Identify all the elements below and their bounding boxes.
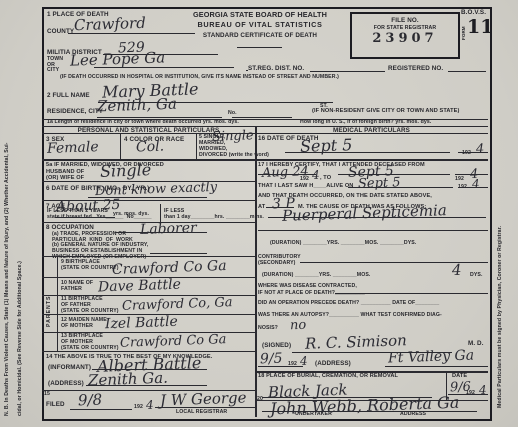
- rule-line: [246, 70, 248, 71]
- rule-line: [268, 217, 486, 218]
- sign-date-handwritten: 9/5: [260, 352, 283, 367]
- father-birthplace-label: 11 BIRTHPLACE OF FATHER (STATE OR COUNTR…: [61, 297, 119, 315]
- rule-line: [292, 352, 452, 353]
- margin-note-left-inner: cidal, or Homicidal. (See Reverse Side f…: [17, 106, 23, 416]
- occupation-b-label: (b) GENERAL NATURE OF INDUSTRY, BUSINESS…: [52, 242, 148, 261]
- rule-line: [42, 126, 488, 127]
- less-than-day-note: IF LESS than 1 day________hrs. ________m…: [164, 208, 264, 220]
- local-registrar-label: LOCAL REGISTRAR: [176, 409, 227, 415]
- rule-line: [42, 133, 255, 134]
- rule-line: [300, 262, 488, 263]
- board-title: GEORGIA STATE BOARD OF HEALTH: [170, 11, 350, 20]
- operation-label: DID AN OPERATION PRECEDE DEATH? ________…: [258, 300, 439, 306]
- spouse-value-handwritten: Single: [100, 162, 152, 180]
- rule-line: [446, 371, 447, 400]
- race-value-handwritten: Col.: [136, 140, 165, 155]
- streg-dist-no-label: ST.REG. DIST. NO.: [248, 65, 304, 73]
- filed-year-handwritten: 4: [146, 399, 154, 411]
- marital-value-handwritten: Single: [212, 129, 254, 143]
- residence-label: RESIDENCE, CITY: [47, 108, 103, 116]
- rule-line: [42, 200, 255, 201]
- rule-line: [42, 390, 255, 391]
- rule-line: [285, 152, 450, 153]
- rule-line: [42, 119, 488, 120]
- informant-label: (INFORMANT): [48, 364, 91, 372]
- where-contracted-label: WHERE WAS DISEASE CONTRACTED, IF NOT AT …: [258, 283, 365, 296]
- rule-line: [255, 371, 488, 373]
- rule-line: [196, 133, 197, 161]
- rule-line: [55, 217, 115, 218]
- sex-value-handwritten: Female: [47, 140, 99, 156]
- hospital-note: (IF DEATH OCCURRED IN HOSPITAL OR INSTIT…: [60, 74, 339, 80]
- lastsaw-year-handwritten: 4: [472, 178, 480, 190]
- occupation-value-handwritten: Laborer: [140, 221, 197, 237]
- duration2-label: (DURATION) ________YRS. ________MOS.: [262, 272, 370, 278]
- registered-no-label: REGISTERED NO.: [388, 65, 443, 73]
- rule-line: [160, 204, 161, 222]
- mother-maiden-value-handwritten: Izel Battle: [105, 315, 178, 332]
- rule-line: [42, 351, 255, 352]
- parents-label: PARENTS: [46, 296, 52, 327]
- form-word: FORM: [461, 26, 466, 40]
- rule-line: [258, 230, 488, 231]
- autopsy-answer-handwritten: no: [290, 319, 307, 333]
- to-label: , TO: [320, 175, 331, 182]
- filed-item-number: 15: [44, 391, 50, 397]
- file-number-box: FILE NO. FOR STATE REGISTRAR 23907: [350, 12, 460, 59]
- from-year-handwritten: 4: [312, 169, 320, 181]
- dod-year-handwritten: 4: [476, 143, 485, 156]
- rule-line: [385, 366, 488, 367]
- mother-birthplace-label: 13 BIRTHPLACE OF MOTHER (STATE OR COUNTR…: [61, 334, 119, 352]
- rule-line: [458, 187, 488, 188]
- rule-line: [98, 102, 333, 103]
- rule-line: [120, 133, 121, 161]
- nonresident-note: (IF NON-RESIDENT GIVE CITY OR TOWN AND S…: [312, 108, 459, 115]
- breastfed-note: IF LESS THAN 2 YEARS state if breast fed…: [47, 208, 152, 220]
- nosis-label: NOSIS?: [258, 325, 278, 331]
- md-label: M. D.: [468, 340, 484, 348]
- rule-line: [42, 314, 255, 315]
- form-number: 11: [467, 18, 493, 37]
- filed-year-preprint: 192: [134, 404, 143, 410]
- rule-line: [57, 256, 58, 352]
- burial-label: 18 PLACE OF BURIAL, CREMATION, OR REMOVA…: [258, 373, 398, 380]
- signed-label: (SIGNED): [262, 342, 291, 350]
- father-birthplace-value-handwritten: Crawford Co, Ga: [122, 296, 233, 313]
- birthplace-value-handwritten: Crawford Co Ga: [112, 259, 227, 277]
- rule-line: [94, 67, 234, 68]
- rule-line: [262, 411, 477, 412]
- rule-line: [310, 71, 385, 72]
- rule-line: [42, 159, 255, 161]
- rule-line: [70, 409, 132, 410]
- rule-line: [92, 369, 207, 370]
- rule-line: [86, 385, 207, 386]
- physician-address-label: (ADDRESS): [315, 360, 351, 368]
- rule-line: [255, 133, 488, 134]
- dod-year-preprint: 192: [462, 150, 471, 156]
- rule-line: [348, 187, 453, 188]
- rule-line: [262, 397, 432, 398]
- rule-line: [68, 33, 195, 34]
- local-registrar-signature: J W George: [160, 390, 247, 408]
- rule-line: [97, 117, 222, 118]
- rule-line: [448, 71, 486, 72]
- mother-birthplace-value-handwritten: Crawford Co Ga: [120, 333, 227, 350]
- rule-line: [258, 366, 303, 367]
- contributory-label: CONTRIBUTORY (SECONDARY): [258, 254, 301, 266]
- mother-maiden-label: 12 MAIDEN NAME OF MOTHER: [61, 317, 107, 329]
- full-name-label: 2 FULL NAME: [47, 92, 90, 100]
- physician-signature-handwritten: R. C. Simison: [305, 333, 407, 352]
- rule-line: [42, 256, 255, 257]
- last-saw-value-handwritten: Sept 5: [358, 176, 401, 190]
- rule-line: [335, 293, 488, 294]
- file-number-stamp: 23907: [352, 31, 458, 46]
- filed-label: FILED: [46, 401, 65, 409]
- rule-line: [448, 394, 488, 395]
- duration2-days-handwritten: 4: [452, 263, 462, 278]
- rule-line: [155, 407, 255, 408]
- death-certificate-scan: N. B. In Deaths From Violent Causes, Sta…: [0, 0, 518, 427]
- burial-date-label: DATE: [452, 373, 467, 380]
- rule-line: [115, 232, 207, 233]
- rule-line: [455, 174, 488, 175]
- county-value-handwritten: Crawford: [74, 16, 146, 33]
- rule-line: [255, 159, 488, 161]
- birthplace-label: 9 BIRTHPLACE (STATE OR COUNTRY): [61, 259, 119, 271]
- margin-note-right: Medical Particulars must be signed by Ph…: [497, 78, 503, 408]
- rule-line: [458, 152, 488, 153]
- rule-line: [42, 181, 255, 182]
- residence-value-handwritten: Zenith, Ga: [97, 97, 177, 115]
- rule-line: [255, 400, 488, 401]
- duration2-dys-label: DYS.: [470, 272, 483, 278]
- rule-line: [266, 207, 294, 208]
- rule-line: [88, 197, 207, 198]
- rule-line: [42, 332, 255, 333]
- last-saw-label: THAT I LAST SAW H____ALIVE ON: [258, 183, 353, 190]
- rule-line: [42, 295, 255, 296]
- father-name-value-handwritten: Dave Battle: [98, 278, 181, 295]
- to-year-preprint: 192: [455, 176, 464, 182]
- rule-line: [42, 277, 255, 278]
- informant-address-label: (ADDRESS): [48, 380, 84, 388]
- rule-line: [338, 174, 450, 175]
- at-label: AT: [258, 204, 265, 211]
- filed-date-handwritten: 9/8: [78, 393, 103, 409]
- rule-line: [150, 253, 207, 254]
- father-name-label: 10 NAME OF FATHER: [61, 280, 93, 292]
- rule-line: [232, 117, 292, 118]
- certificate-title: STANDARD CERTIFICATE OF DEATH: [170, 32, 350, 40]
- duration1-label: (DURATION) ________YRS. ________MOS. ___…: [270, 240, 416, 246]
- from-year-preprint: 192: [300, 176, 309, 182]
- rule-line: [258, 174, 316, 175]
- bureau-title: BUREAU OF VITAL STATISTICS: [170, 21, 350, 30]
- rule-line: [103, 54, 218, 55]
- rule-line: [255, 126, 257, 417]
- autopsy-label: WAS THERE AN AUTOPSY?__________ WHAT TES…: [258, 312, 442, 318]
- county-label: COUNTY: [47, 28, 74, 36]
- margin-note-left-outer: N. B. In Deaths From Violent Causes, Sta…: [4, 71, 10, 416]
- file-no-label: FILE NO.: [352, 17, 458, 25]
- residence-no-label: No.: [228, 110, 237, 116]
- town-or-city-label: TOWN OR CITY: [47, 57, 63, 74]
- rule-line: [237, 47, 282, 48]
- rule-line: [42, 222, 255, 223]
